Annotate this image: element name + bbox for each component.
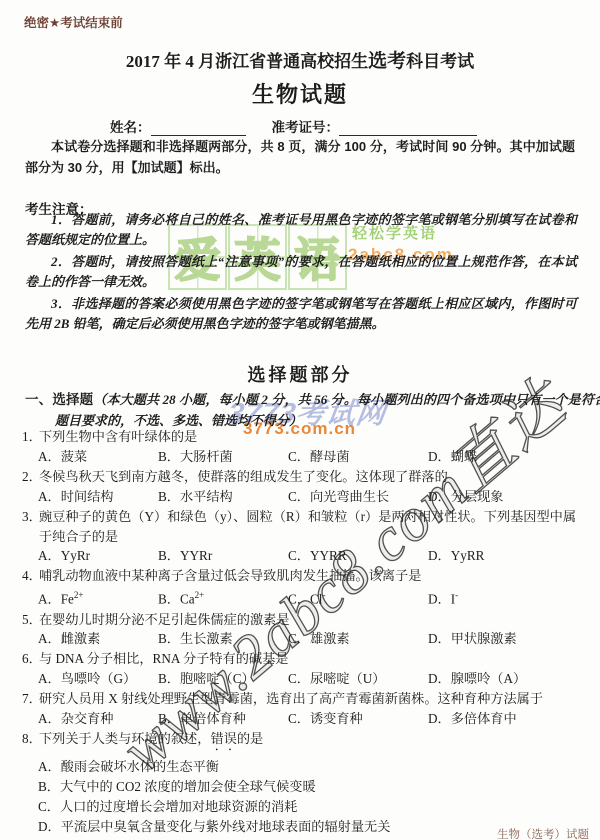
q1-option-D: D．蝴蝶 [428, 447, 580, 467]
q7-option-B: B．单倍体育种 [158, 709, 288, 729]
question-6-options: A．鸟嘌呤（G）B．胞嘧啶（C）C．尿嘧啶（U）D．腺嘌呤（A） [38, 669, 580, 689]
question-1-options: A．菠菜B．大肠杆菌C．酵母菌D．蝴蝶 [38, 447, 580, 467]
classification-label: 绝密★考试结束前 [24, 13, 123, 31]
name-blank [151, 122, 246, 136]
section-description: 一、选择题（本大题共 28 小题，每小题 2 分，共 56 分。每小题列出的四个… [25, 390, 600, 431]
q2-option-C: C．向光弯曲生长 [288, 487, 428, 507]
q5-option-C: C．雄激素 [288, 629, 428, 649]
q4-option-A: A．Fe2+ [38, 586, 158, 609]
notice-item: 2．答题时，请按照答题纸上“注意事项”的要求，在答题纸相应的位置上规范作答，在本… [25, 252, 577, 291]
question-6: 6．与 DNA 分子相比，RNA 分子特有的碱基是A．鸟嘌呤（G）B．胞嘧啶（C… [22, 649, 580, 689]
exam-title-prefix: 2017 年 4 月浙江省普通高校招生 [126, 52, 368, 71]
question-5: 5．在婴幼儿时期分泌不足引起侏儒症的激素是A．雌激素B．生长激素C．雄激素D．甲… [22, 610, 580, 650]
question-5-stem: 5．在婴幼儿时期分泌不足引起侏儒症的激素是 [22, 610, 580, 630]
question-number: 6． [22, 649, 42, 669]
question-8-options: A．酸雨会破坏水体的生态平衡B．大气中的 CO2 浓度的增加会使全球气候变暖C．… [38, 757, 580, 837]
q3-option-D: D．YyRR [428, 546, 580, 566]
q2-option-A: A．时间结构 [38, 487, 158, 507]
question-3-stem: 3．豌豆种子的黄色（Y）和绿色（y）、圆粒（R）和皱粒（r）是两对相对性状。下列… [22, 507, 580, 547]
question-number: 5． [22, 610, 42, 630]
question-4-stem: 4．哺乳动物血液中某种离子含量过低会导致肌肉发生抽搐。该离子是 [22, 566, 580, 586]
question-number: 4． [22, 566, 42, 586]
questions: 1．下列生物中含有叶绿体的是A．菠菜B．大肠杆菌C．酵母菌D．蝴蝶2．冬候鸟秋天… [22, 427, 580, 837]
question-3-options: A．YyRrB．YYRrC．YYRRD．YyRR [38, 546, 580, 566]
q8-option-B: B．大气中的 CO2 浓度的增加会使全球气候变暖 [38, 777, 580, 797]
question-number: 2． [22, 467, 42, 487]
question-7: 7．研究人员用 X 射线处理野生型青霉菌，选育出了高产青霉菌新菌株。这种育种方法… [22, 689, 580, 729]
q5-option-D: D．甲状腺激素 [428, 629, 580, 649]
question-2: 2．冬候鸟秋天飞到南方越冬，使群落的组成发生了变化。这体现了群落的A．时间结构B… [22, 467, 580, 507]
question-number: 3． [22, 507, 42, 527]
question-1: 1．下列生物中含有叶绿体的是A．菠菜B．大肠杆菌C．酵母菌D．蝴蝶 [22, 427, 580, 467]
q7-option-A: A．杂交育种 [38, 709, 158, 729]
exam-intro: 本试卷分选择题和非选择题两部分，共 8 页，满分 100 分，考试时间 90 分… [25, 136, 575, 178]
notice-list: 1．答题前，请务必将自己的姓名、准考证号用黑色字迹的签字笔或钢笔分别填写在试卷和… [25, 210, 577, 336]
name-label: 姓名： [110, 120, 151, 135]
q3-option-B: B．YYRr [158, 546, 288, 566]
notice-item: 3．非选择题的答案必须使用黑色字迹的签字笔或钢笔写在答题纸上相应区域内，作图时可… [25, 294, 577, 333]
q6-option-B: B．胞嘧啶（C） [158, 669, 288, 689]
q5-option-A: A．雌激素 [38, 629, 158, 649]
question-2-stem: 2．冬候鸟秋天飞到南方越冬，使群落的组成发生了变化。这体现了群落的 [22, 467, 580, 487]
section-lead: 一、选择题 [25, 392, 93, 407]
q4-option-B: B．Ca2+ [158, 586, 288, 609]
question-8: 8．下列关于人类与环境的叙述，错误的是A．酸雨会破坏水体的生态平衡B．大气中的 … [22, 729, 580, 837]
question-3: 3．豌豆种子的黄色（Y）和绿色（y）、圆粒（R）和皱粒（r）是两对相对性状。下列… [22, 507, 580, 567]
q8-option-A: A．酸雨会破坏水体的生态平衡 [38, 757, 580, 777]
q6-option-D: D．腺嘌呤（A） [428, 669, 580, 689]
q8-option-C: C．人口的过度增长会增加对地球资源的消耗 [38, 797, 580, 817]
question-7-stem: 7．研究人员用 X 射线处理野生型青霉菌，选育出了高产青霉菌新菌株。这种育种方法… [22, 689, 580, 709]
q7-option-C: C．诱变育种 [288, 709, 428, 729]
q7-option-D: D．多倍体育中 [428, 709, 580, 729]
q3-option-A: A．YyRr [38, 546, 158, 566]
exam-title: 2017 年 4 月浙江省普通高校招生选考科目考试 [0, 46, 600, 73]
ticket-blank [339, 122, 477, 136]
q3-option-C: C．YYRR [288, 546, 428, 566]
section-desc-text: （本大题共 28 小题，每小题 2 分，共 56 分。每小题列出的四个备选项中只… [55, 392, 600, 428]
question-6-stem: 6．与 DNA 分子相比，RNA 分子特有的碱基是 [22, 649, 580, 669]
q2-option-B: B．水平结构 [158, 487, 288, 507]
exam-paper-page: 爱 英 语 轻松学英语 2abc8.com 3773考试网 3773.com.c… [0, 0, 600, 840]
q1-option-C: C．酵母菌 [288, 447, 428, 467]
question-number: 8． [22, 729, 42, 749]
question-4: 4．哺乳动物血液中某种离子含量过低会导致肌肉发生抽搐。该离子是A．Fe2+B．C… [22, 566, 580, 609]
question-1-stem: 1．下列生物中含有叶绿体的是 [22, 427, 580, 447]
q4-option-D: D．I- [428, 586, 580, 609]
question-8-stem: 8．下列关于人类与环境的叙述，错误的是 [22, 729, 580, 754]
q1-option-A: A．菠菜 [38, 447, 158, 467]
candidate-info-line: 姓名：准考证号： [110, 116, 477, 136]
question-5-options: A．雌激素B．生长激素C．雄激素D．甲状腺激素 [38, 629, 580, 649]
subject-title: 生物试题 [0, 78, 600, 109]
question-number: 7． [22, 689, 42, 709]
exam-title-suffix: 科目考试 [406, 52, 474, 71]
section-title: 选择题部分 [0, 361, 600, 387]
question-number: 1． [22, 427, 42, 447]
ticket-label: 准考证号： [272, 120, 340, 135]
q6-option-A: A．鸟嘌呤（G） [38, 669, 158, 689]
question-4-options: A．Fe2+B．Ca2+C．Cl-D．I- [38, 586, 580, 609]
notice-item: 1．答题前，请务必将自己的姓名、准考证号用黑色字迹的签字笔或钢笔分别填写在试卷和… [25, 210, 577, 249]
q4-option-C: C．Cl- [288, 586, 428, 609]
q1-option-B: B．大肠杆菌 [158, 447, 288, 467]
question-2-options: A．时间结构B．水平结构C．向光弯曲生长D．分层现象 [38, 487, 580, 507]
q5-option-B: B．生长激素 [158, 629, 288, 649]
q2-option-D: D．分层现象 [428, 487, 580, 507]
question-7-options: A．杂交育种B．单倍体育种C．诱变育种D．多倍体育中 [38, 709, 580, 729]
exam-title-highlight: 选考 [368, 51, 406, 72]
page-footer: 生物（选考）试题 [497, 826, 589, 840]
q6-option-C: C．尿嘧啶（U） [288, 669, 428, 689]
